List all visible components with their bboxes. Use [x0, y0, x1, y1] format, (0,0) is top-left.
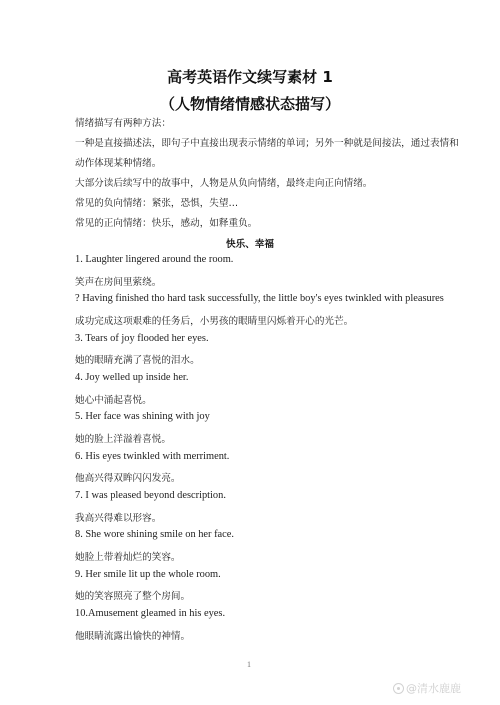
item-english: ? Having finished tho hard task successf…	[75, 293, 444, 304]
watermark-text: @清水鹿鹿	[406, 680, 461, 696]
intro-line: 情绪描写有两种方法：	[75, 115, 171, 129]
section-heading: 快乐、幸福	[0, 236, 500, 250]
item-english: 9. Her smile lit up the whole room.	[75, 569, 221, 580]
item-english: 1. Laughter lingered around the room.	[75, 254, 233, 265]
item-english: 7. I was pleased beyond description.	[75, 490, 226, 501]
item-chinese: 她的笑容照亮了整个房间。	[75, 588, 190, 602]
item-chinese: 他高兴得双眸闪闪发亮。	[75, 470, 181, 484]
document-subtitle: （人物情绪情感状态描写）	[0, 93, 500, 114]
item-chinese: 笑声在房间里萦绕。	[75, 274, 161, 288]
item-chinese: 她的脸上洋溢着喜悦。	[75, 431, 171, 445]
item-english: 5. Her face was shining with joy	[75, 411, 210, 422]
intro-line: 动作体现某种情绪。	[75, 155, 161, 169]
item-english: 4. Joy welled up inside her.	[75, 372, 188, 383]
document-title: 高考英语作文续写素材 1	[0, 66, 500, 87]
item-chinese: 我高兴得难以形容。	[75, 510, 161, 524]
item-english: 3. Tears of joy flooded her eyes.	[75, 333, 209, 344]
item-chinese: 成功完成这项艰难的任务后，小男孩的眼睛里闪烁着开心的光芒。	[75, 313, 353, 327]
item-chinese: 她的眼睛充满了喜悦的泪水。	[75, 352, 200, 366]
page-number: 1	[247, 660, 251, 669]
item-chinese: 她心中涌起喜悦。	[75, 392, 152, 406]
weibo-logo-icon	[393, 683, 404, 694]
intro-line: 常见的负向情绪：紧张，恐惧，失望…	[75, 195, 238, 209]
item-english: 8. She wore shining smile on her face.	[75, 529, 234, 540]
document-page: 高考英语作文续写素材 1 （人物情绪情感状态描写） 情绪描写有两种方法： 一种是…	[0, 0, 500, 705]
item-chinese: 她脸上带着灿烂的笑容。	[75, 549, 181, 563]
intro-line: 常见的正向情绪：快乐，感动，如释重负。	[75, 215, 257, 229]
item-english: 10.Amusement gleamed in his eyes.	[75, 608, 225, 619]
intro-line: 一种是直接描述法，即句子中直接出现表示情绪的单词；另外一种就是间接法，通过表情和	[75, 135, 459, 149]
item-chinese: 他眼睛流露出愉快的神情。	[75, 628, 190, 642]
watermark: @清水鹿鹿	[393, 680, 461, 696]
intro-line: 大部分读后续写中的故事中，人物是从负向情绪，最终走向正向情绪。	[75, 175, 372, 189]
item-english: 6. His eyes twinkled with merriment.	[75, 451, 229, 462]
